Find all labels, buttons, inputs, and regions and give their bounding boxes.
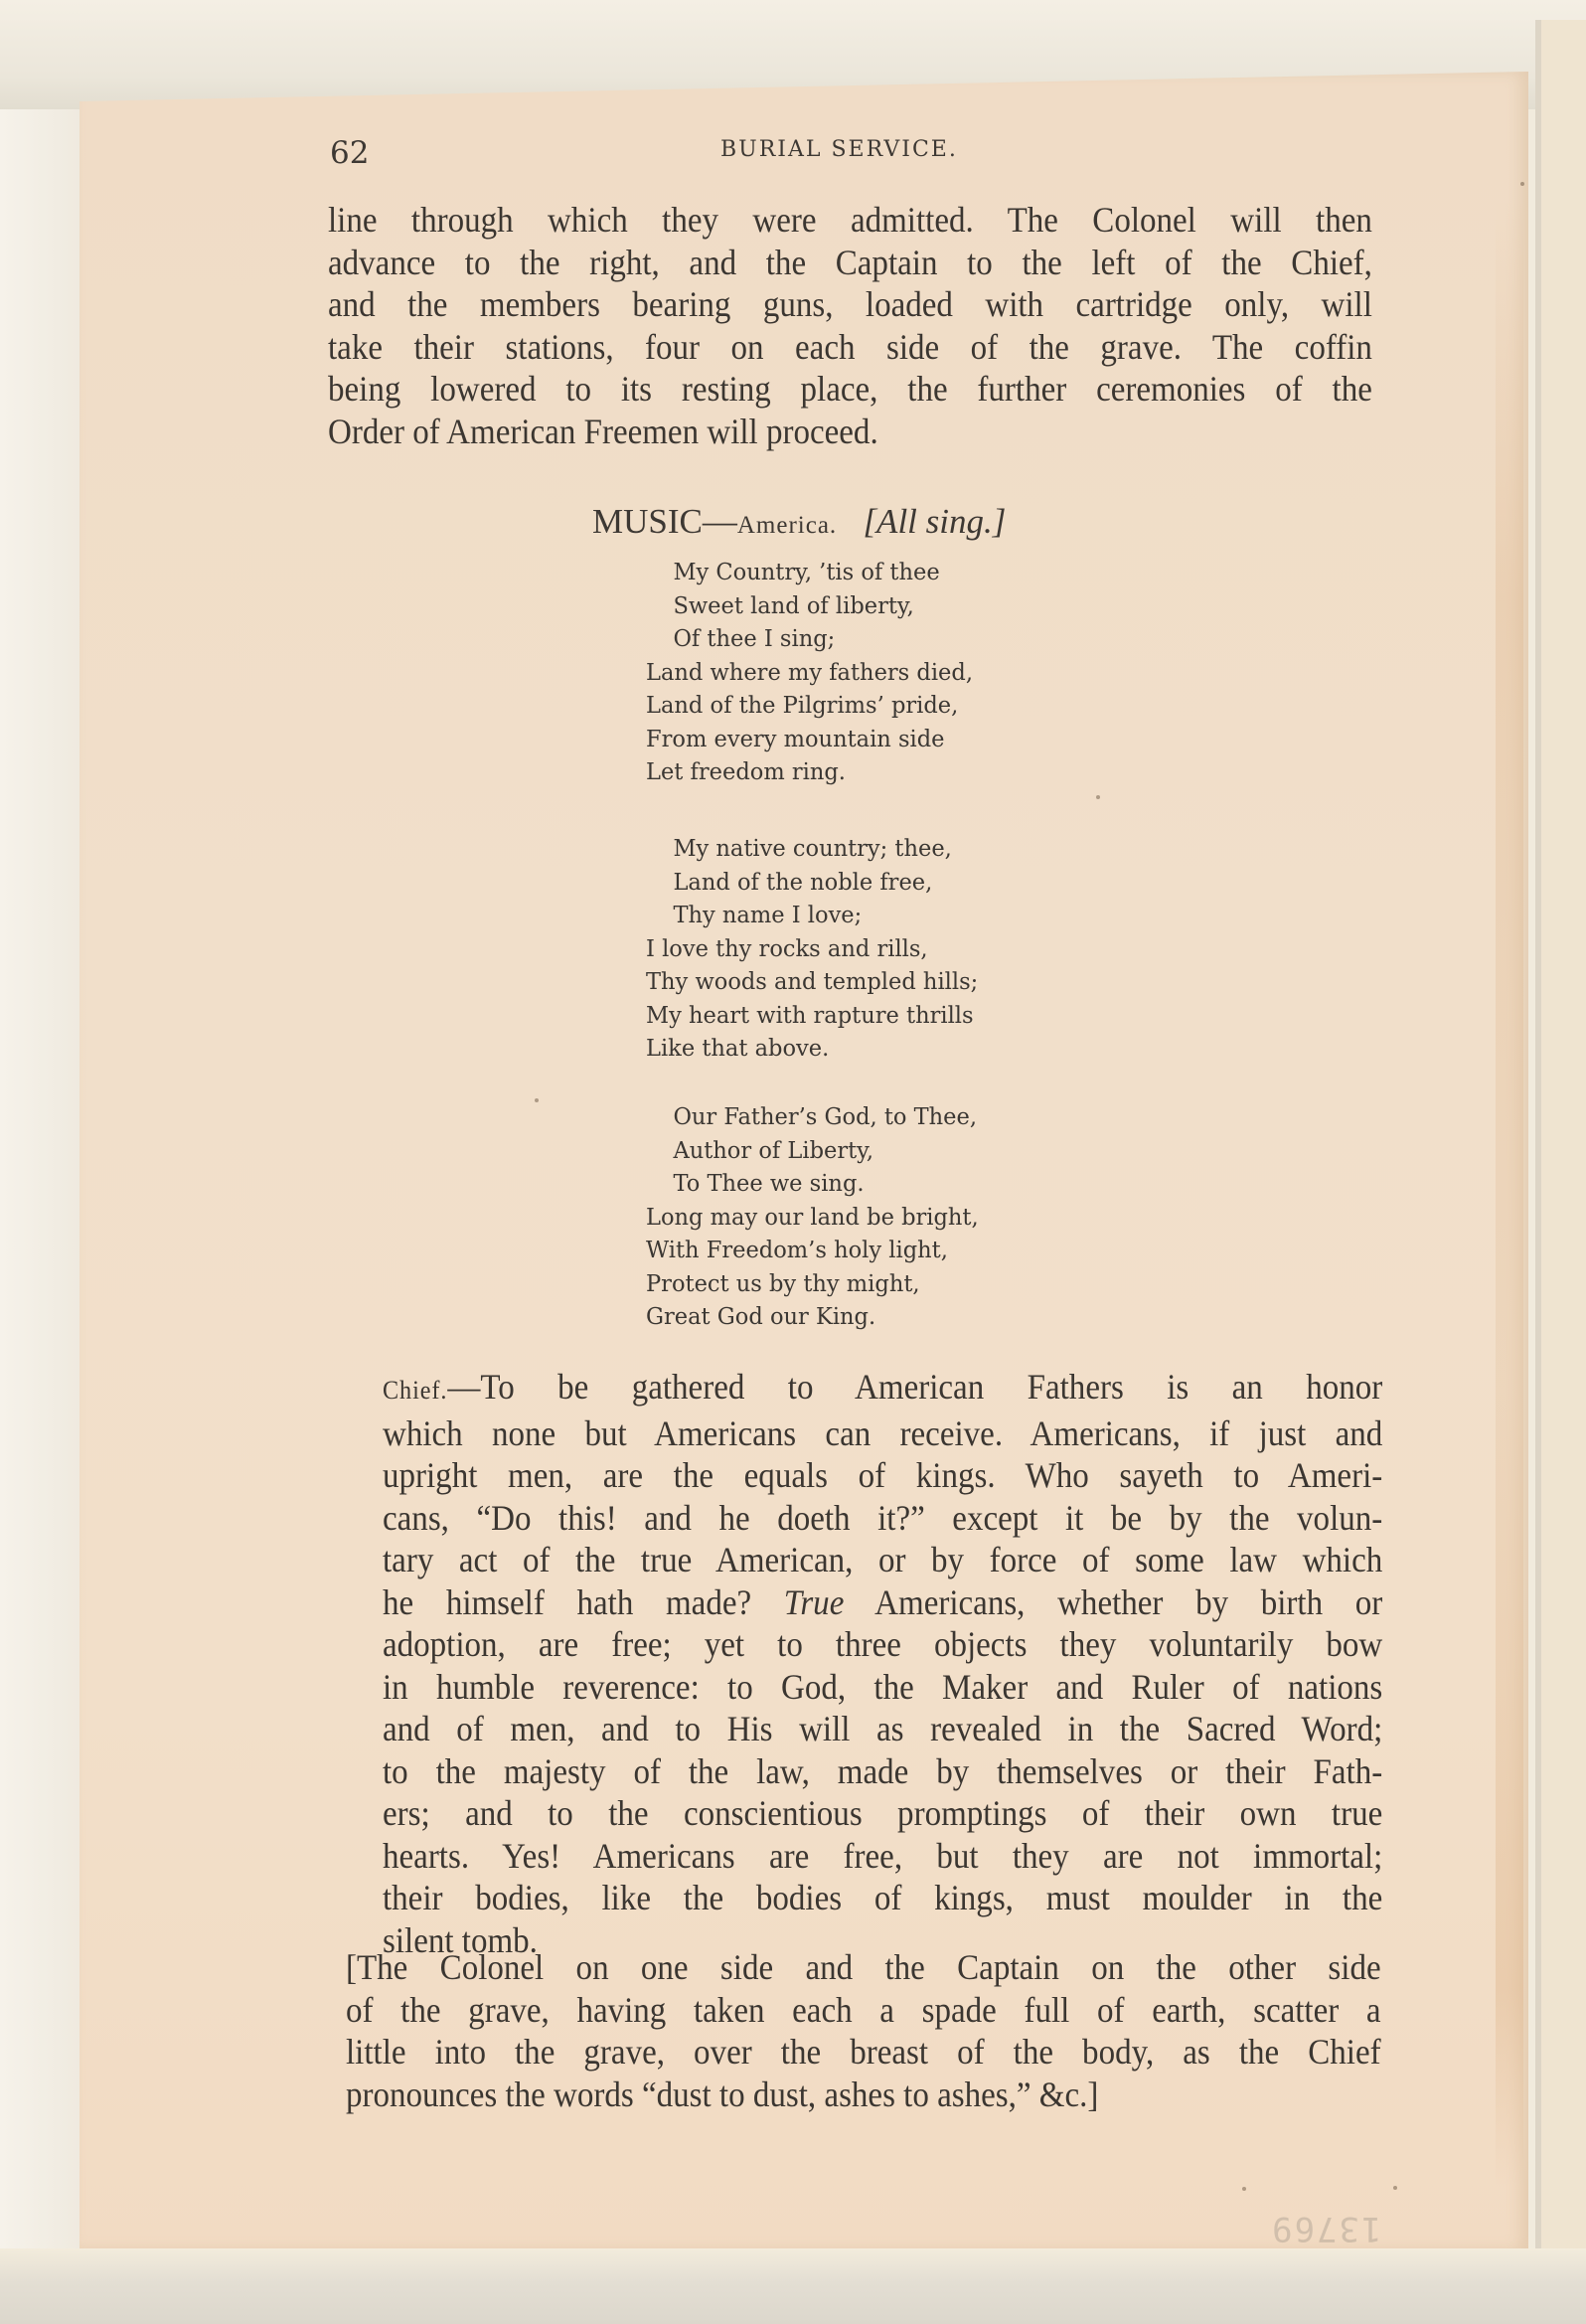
text-line: little into the grave, over the breast o…	[346, 2031, 1381, 2074]
text-line: upright men, are the equals of kings. Wh…	[383, 1454, 1382, 1497]
verse-line: With Freedom’s holy light,	[646, 1235, 1191, 1268]
music-heading: MUSIC—America. [All sing.]	[592, 502, 1006, 542]
text-line: and of men, and to His will as revealed …	[383, 1708, 1382, 1750]
verse-line: Sweet land of liberty,	[646, 590, 1191, 624]
text-line: being lowered to its resting place, the …	[328, 368, 1372, 411]
text-line: Chief.—To be gathered to American Father…	[383, 1366, 1382, 1412]
stanza-2: My native country; thee, Land of the nob…	[646, 833, 1191, 1067]
text-line: he himself hath made? True Americans, wh…	[383, 1581, 1382, 1624]
verse-line: Our Father’s God, to Thee,	[646, 1101, 1191, 1135]
scan-backdrop-bottom	[0, 2248, 1586, 2324]
text-line: adoption, are free; yet to three objects…	[383, 1623, 1382, 1666]
verse-line: Land of the Pilgrims’ pride,	[646, 690, 1191, 724]
chief-address: Chief.—To be gathered to American Father…	[383, 1366, 1382, 1961]
text-fragment: —To be gathered to American Fathers is a…	[447, 1367, 1382, 1407]
verse-line: Thy name I love;	[646, 900, 1191, 933]
speaker-label: Chief.	[383, 1376, 447, 1405]
hymn-title: America.	[737, 512, 837, 539]
text-line: cans, “Do this! and he doeth it?” except…	[383, 1497, 1382, 1540]
verse-line: My heart with rapture thrills	[646, 1000, 1191, 1034]
text-line: their bodies, like the bodies of kings, …	[383, 1877, 1382, 1919]
text-line: hearts. Yes! Americans are free, but the…	[383, 1835, 1382, 1878]
verse-line: I love thy rocks and rills,	[646, 933, 1191, 967]
text-line: tary act of the true American, or by for…	[383, 1539, 1382, 1581]
verse-line: To Thee we sing.	[646, 1168, 1191, 1202]
text-line: Order of American Freemen will proceed.	[328, 411, 1372, 453]
verse-line: My Country, ’tis of thee	[646, 557, 1191, 590]
paper-speck	[535, 1098, 539, 1102]
text-line: and the members bearing guns, loaded wit…	[328, 283, 1372, 326]
paper-speck	[1096, 795, 1100, 799]
verse-line: Like that above.	[646, 1033, 1191, 1067]
verse-line: My native country; thee,	[646, 833, 1191, 867]
text-line: [The Colonel on one side and the Captain…	[346, 1946, 1381, 1989]
verse-line: Land where my fathers died,	[646, 657, 1191, 691]
text-line: to the majesty of the law, made by thems…	[383, 1750, 1382, 1793]
verse-line: Let freedom ring.	[646, 756, 1191, 790]
scan-backdrop-left	[0, 0, 79, 2324]
verse-line: Land of the noble free,	[646, 867, 1191, 901]
paper-speck	[1520, 182, 1524, 186]
verse-line: From every mountain side	[646, 724, 1191, 757]
paper-speck	[1242, 2187, 1246, 2191]
show-through-catalog-number: 13769	[1270, 2209, 1381, 2248]
stanza-3: Our Father’s God, to Thee, Author of Lib…	[646, 1101, 1191, 1335]
performance-direction: [All sing.]	[863, 502, 1006, 541]
music-label: MUSIC—	[592, 502, 737, 541]
text-line: pronounces the words “dust to dust, ashe…	[346, 2074, 1381, 2116]
emphasis-word: True	[784, 1582, 845, 1622]
verse-line: Protect us by thy might,	[646, 1268, 1191, 1302]
stanza-1: My Country, ’tis of thee Sweet land of l…	[646, 557, 1191, 790]
foxing-stain	[1496, 199, 1523, 2187]
text-line: in humble reverence: to God, the Maker a…	[383, 1666, 1382, 1709]
adjacent-leaf-edge	[1535, 20, 1586, 2324]
rubric-instruction: [The Colonel on one side and the Captain…	[346, 1946, 1381, 2115]
text-fragment: he himself hath made?	[383, 1582, 784, 1622]
text-line: line through which they were admitted. T…	[328, 199, 1372, 242]
running-head: 62 BURIAL SERVICE.	[328, 131, 1451, 171]
text-line: ers; and to the conscientious promptings…	[383, 1792, 1382, 1835]
page-number: 62	[330, 135, 369, 171]
text-line: advance to the right, and the Captain to…	[328, 242, 1372, 284]
verse-line: Great God our King.	[646, 1301, 1191, 1335]
verse-line: Of thee I sing;	[646, 623, 1191, 657]
verse-line: Thy woods and templed hills;	[646, 966, 1191, 1000]
text-line: of the grave, having taken each a spade …	[346, 1989, 1381, 2032]
verse-line: Long may our land be bright,	[646, 1202, 1191, 1236]
opening-paragraph: line through which they were admitted. T…	[328, 199, 1372, 452]
text-fragment: Americans, whether by birth or	[844, 1582, 1382, 1622]
paper-speck	[1393, 2186, 1397, 2190]
text-line: take their stations, four on each side o…	[328, 326, 1372, 369]
verse-line: Author of Liberty,	[646, 1135, 1191, 1169]
text-line: which none but Americans can receive. Am…	[383, 1412, 1382, 1455]
running-title: BURIAL SERVICE.	[720, 137, 958, 162]
